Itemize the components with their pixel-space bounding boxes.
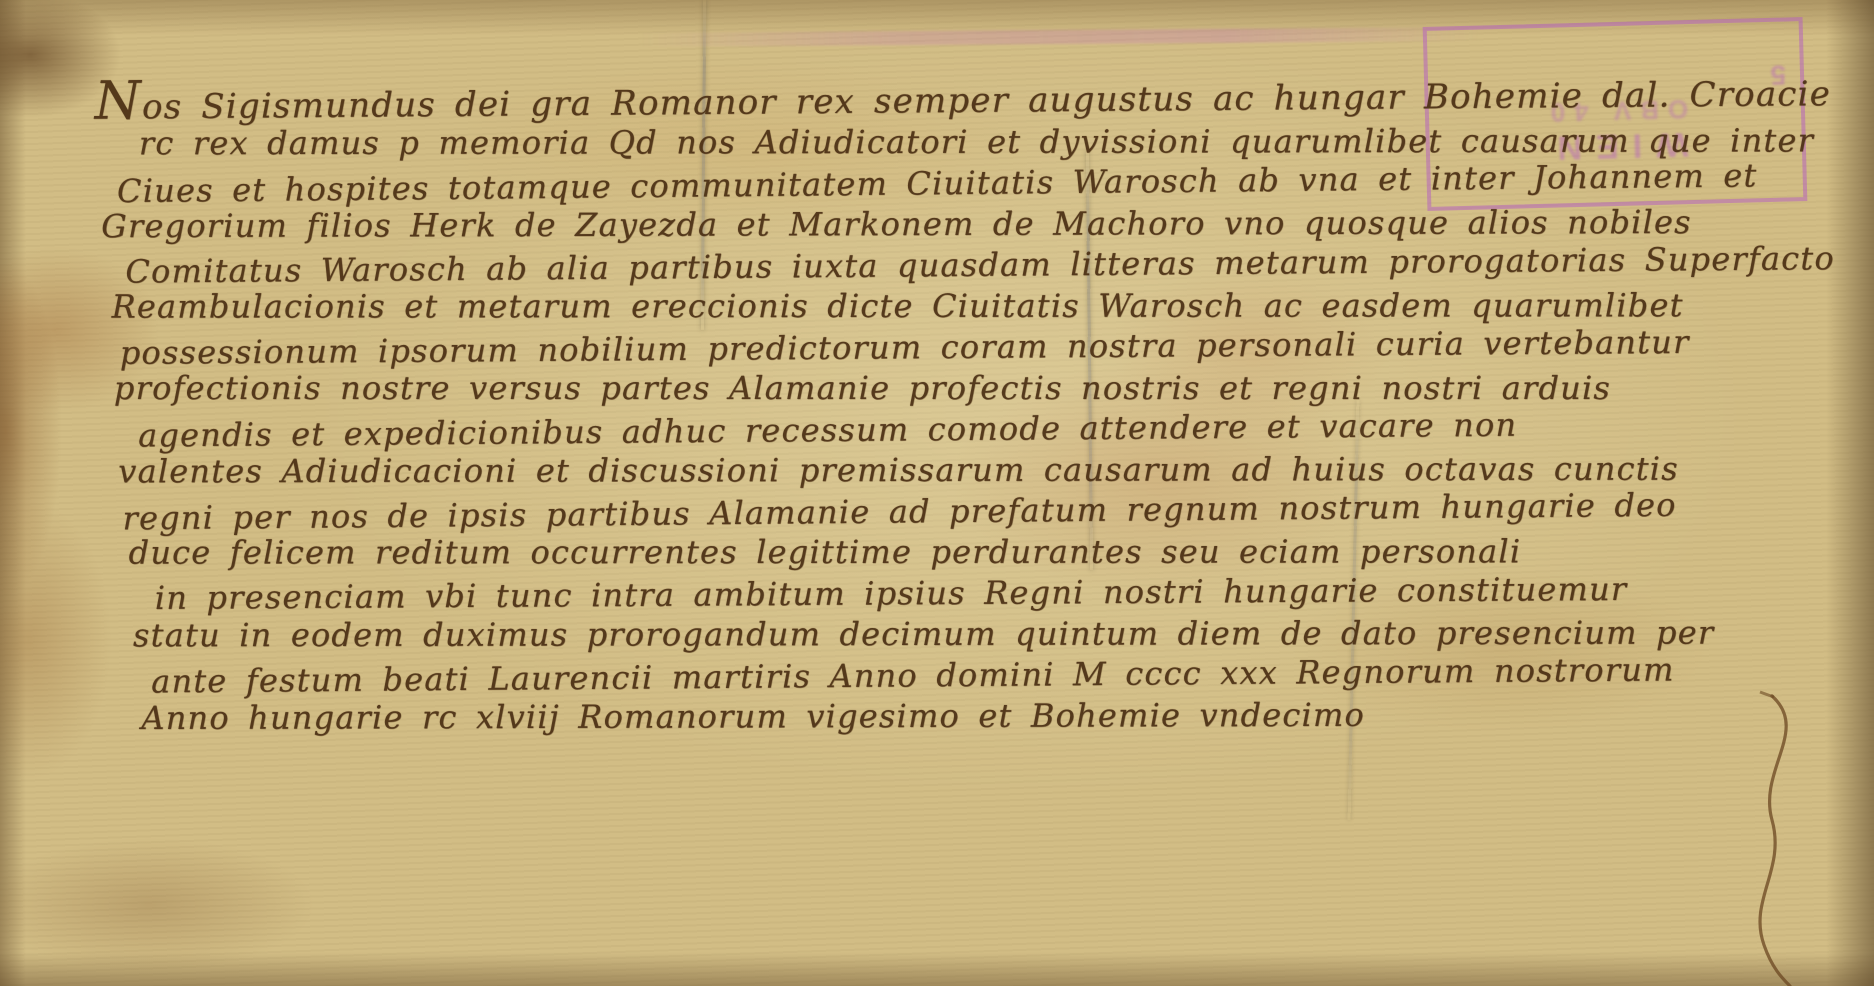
- manuscript-line: in presenciam vbi tunc intra ambitum ips…: [155, 568, 1843, 619]
- manuscript-line: duce felicem reditum occurrentes legitti…: [129, 531, 1843, 573]
- manuscript-line: Reambulacionis et metarum ereccionis dic…: [112, 285, 1842, 328]
- manuscript-line: Anno hungarie rc xlviij Romanorum vigesi…: [141, 694, 1843, 739]
- manuscript-line: possessionum ipsorum nobilium predictoru…: [120, 321, 1842, 374]
- manuscript-line: Nos Sigismundus dei gra Romanor rex semp…: [94, 67, 1840, 129]
- manuscript-text-block: Nos Sigismundus dei gra Romanor rex semp…: [61, 70, 1844, 741]
- ink-flourish: [1720, 690, 1840, 986]
- manuscript-line: profectionis nostre versus partes Alaman…: [114, 368, 1842, 409]
